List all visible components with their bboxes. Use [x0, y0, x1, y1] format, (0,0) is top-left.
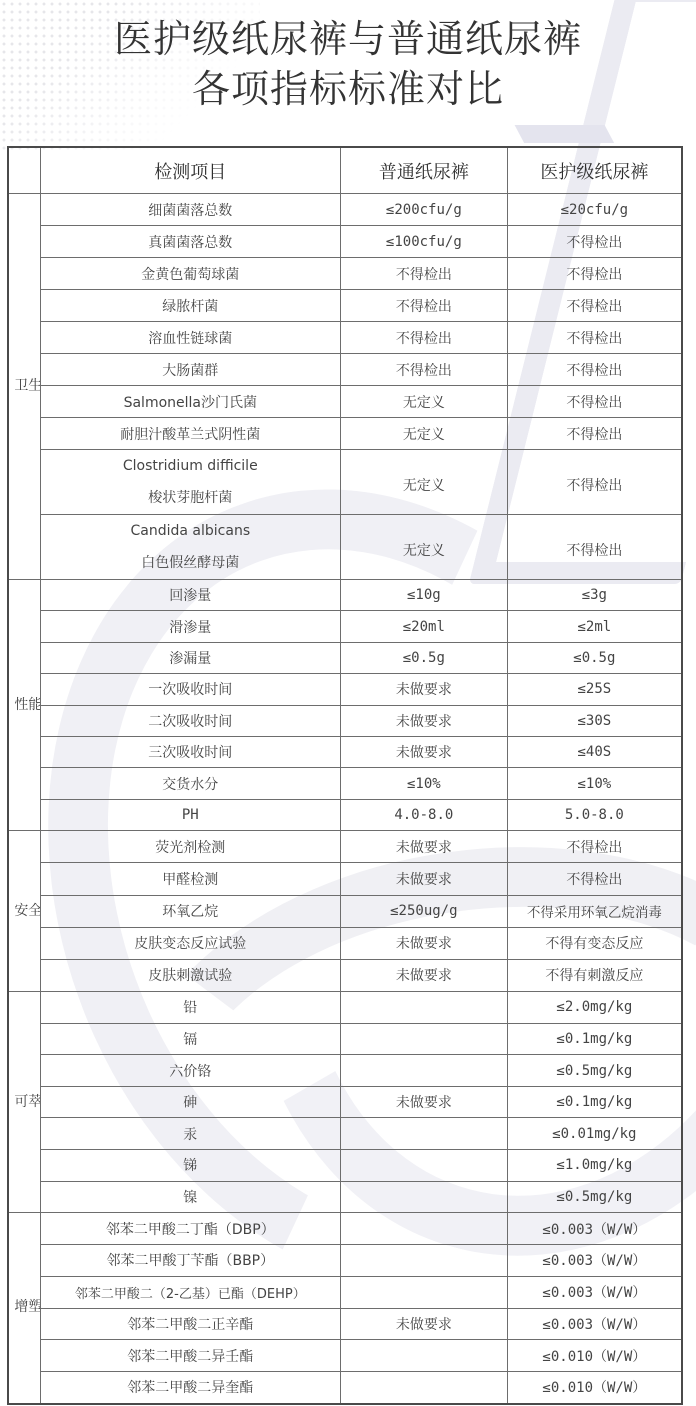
medical-value: ≤0.1mg/kg	[507, 1023, 682, 1055]
item-name-cn: 白色假丝酵母菌	[41, 547, 340, 579]
normal-value	[340, 1181, 507, 1213]
item-name-cn: 梭状芽胞杆菌	[41, 482, 340, 514]
category-heavy-metals: 可萃取重金属	[8, 992, 40, 1213]
item-cell: Candida albicans 白色假丝酵母菌	[40, 515, 340, 580]
medical-value: 不得有刺激反应	[507, 959, 682, 991]
item-cell: 皮肤变态反应试验	[40, 927, 340, 959]
item-cell: 邻苯二甲酸二异奎酯	[40, 1372, 340, 1404]
medical-value: ≤0.003（W/W）	[507, 1245, 682, 1277]
normal-value: ≤250ug/g	[340, 895, 507, 927]
category-label: 可萃取重金属	[14, 1092, 34, 1113]
medical-value: 不得检出	[507, 515, 682, 580]
item-cell: 邻苯二甲酸二异壬酯	[40, 1340, 340, 1372]
table-row: 邻苯二甲酸二正辛酯 未做要求 ≤0.003（W/W）	[8, 1308, 682, 1340]
item-cell: 渗漏量	[40, 642, 340, 673]
item-cell: 三次吸收时间	[40, 736, 340, 767]
item-cell: 邻苯二甲酸二丁酯（DBP）	[40, 1213, 340, 1245]
table-row: 滑渗量 ≤20ml ≤2ml	[8, 611, 682, 642]
medical-value: ≤20cfu/g	[507, 194, 682, 226]
table-row: 大肠菌群 不得检出 不得检出	[8, 354, 682, 386]
medical-value: ≤0.1mg/kg	[507, 1086, 682, 1118]
item-cell: 回渗量	[40, 580, 340, 611]
category-label: 增塑剂／（%	[14, 1297, 34, 1318]
table-row: 可萃取重金属 铅 ≤2.0mg/kg	[8, 992, 682, 1024]
item-cell: 大肠菌群	[40, 354, 340, 386]
table-row: 邻苯二甲酸二异壬酯 ≤0.010（W/W）	[8, 1340, 682, 1372]
item-cell: 汞	[40, 1118, 340, 1150]
item-name-en: Candida albicans	[41, 515, 340, 547]
item-name-en: Clostridium difficile	[41, 450, 340, 482]
normal-value: 未做要求	[340, 736, 507, 767]
normal-value: 不得检出	[340, 258, 507, 290]
medical-value: 不得检出	[507, 418, 682, 450]
medical-value: ≤2.0mg/kg	[507, 992, 682, 1024]
normal-value: 不得检出	[340, 290, 507, 322]
item-cell: Clostridium difficile 梭状芽胞杆菌	[40, 450, 340, 515]
medical-value: ≤0.01mg/kg	[507, 1118, 682, 1150]
medical-value: 不得检出	[507, 863, 682, 895]
medical-value: ≤0.5mg/kg	[507, 1181, 682, 1213]
normal-value	[340, 1276, 507, 1308]
header-normal-diaper: 普通纸尿裤	[340, 147, 507, 194]
table-row: 增塑剂／（% 邻苯二甲酸二丁酯（DBP） ≤0.003（W/W）	[8, 1213, 682, 1245]
table-row: 砷 未做要求 ≤0.1mg/kg	[8, 1086, 682, 1118]
table-row: 二次吸收时间 未做要求 ≤30S	[8, 705, 682, 736]
comparison-table: 检测项目 普通纸尿裤 医护级纸尿裤 卫生标准 细菌菌落总数 ≤200cfu/g …	[7, 146, 683, 1405]
normal-value: 未做要求	[340, 705, 507, 736]
title-line-2: 各项指标标准对比	[0, 64, 696, 114]
table-row: 镉 ≤0.1mg/kg	[8, 1023, 682, 1055]
item-cell: 锑	[40, 1150, 340, 1182]
medical-value: ≤0.010（W/W）	[507, 1372, 682, 1404]
normal-value	[340, 1372, 507, 1404]
normal-value	[340, 1245, 507, 1277]
medical-value: ≤3g	[507, 580, 682, 611]
category-label: 性能指标	[14, 695, 34, 716]
normal-value: 未做要求	[340, 927, 507, 959]
category-hygiene: 卫生标准	[8, 194, 40, 580]
table-row: 甲醛检测 未做要求 不得检出	[8, 863, 682, 895]
item-cell: 二次吸收时间	[40, 705, 340, 736]
medical-value: 不得采用环氧乙烷消毒	[507, 895, 682, 927]
table-row: Salmonella沙门氏菌 无定义 不得检出	[8, 386, 682, 418]
medical-value: 不得检出	[507, 386, 682, 418]
item-cell: 真菌菌落总数	[40, 226, 340, 258]
medical-value: ≤2ml	[507, 611, 682, 642]
table-row: 汞 ≤0.01mg/kg	[8, 1118, 682, 1150]
category-plasticizers: 增塑剂／（%	[8, 1213, 40, 1404]
medical-value: ≤0.003（W/W）	[507, 1308, 682, 1340]
table-row: PH 4.0-8.0 5.0-8.0	[8, 799, 682, 830]
medical-value: 不得有变态反应	[507, 927, 682, 959]
item-cell: 甲醛检测	[40, 863, 340, 895]
item-cell: 铅	[40, 992, 340, 1024]
medical-value: 不得检出	[507, 450, 682, 515]
item-cell: Salmonella沙门氏菌	[40, 386, 340, 418]
item-cell: 交货水分	[40, 768, 340, 799]
medical-value: ≤1.0mg/kg	[507, 1150, 682, 1182]
normal-value: 未做要求	[340, 1086, 507, 1118]
item-cell: 细菌菌落总数	[40, 194, 340, 226]
medical-value: 不得检出	[507, 831, 682, 863]
normal-value: ≤10%	[340, 768, 507, 799]
table-row: 环氧乙烷 ≤250ug/g 不得采用环氧乙烷消毒	[8, 895, 682, 927]
medical-value: ≤0.003（W/W）	[507, 1213, 682, 1245]
item-cell: PH	[40, 799, 340, 830]
medical-value: 不得检出	[507, 322, 682, 354]
table-row: Candida albicans 白色假丝酵母菌 无定义 不得检出	[8, 515, 682, 580]
table-row: 镍 ≤0.5mg/kg	[8, 1181, 682, 1213]
normal-value: 无定义	[340, 450, 507, 515]
medical-value: ≤10%	[507, 768, 682, 799]
item-cell: 邻苯二甲酸二（2-乙基）已酯（DEHP）	[40, 1276, 340, 1308]
normal-value	[340, 1150, 507, 1182]
header-item: 检测项目	[40, 147, 340, 194]
table-row: 皮肤刺激试验 未做要求 不得有刺激反应	[8, 959, 682, 991]
normal-value: 无定义	[340, 515, 507, 580]
item-cell: 邻苯二甲酸丁苄酯（BBP）	[40, 1245, 340, 1277]
normal-value: ≤100cfu/g	[340, 226, 507, 258]
table-row: 性能指标 回渗量 ≤10g ≤3g	[8, 580, 682, 611]
table-row: 溶血性链球菌 不得检出 不得检出	[8, 322, 682, 354]
item-cell: 环氧乙烷	[40, 895, 340, 927]
table-row: 邻苯二甲酸二（2-乙基）已酯（DEHP） ≤0.003（W/W）	[8, 1276, 682, 1308]
table-row: 真菌菌落总数 ≤100cfu/g 不得检出	[8, 226, 682, 258]
category-safety: 安全指标	[8, 831, 40, 992]
medical-value: ≤0.003（W/W）	[507, 1276, 682, 1308]
item-cell: 邻苯二甲酸二正辛酯	[40, 1308, 340, 1340]
item-cell: 镉	[40, 1023, 340, 1055]
table-row: 绿脓杆菌 不得检出 不得检出	[8, 290, 682, 322]
item-cell: 皮肤刺激试验	[40, 959, 340, 991]
table-row: 锑 ≤1.0mg/kg	[8, 1150, 682, 1182]
item-cell: 绿脓杆菌	[40, 290, 340, 322]
item-cell: 金黄色葡萄球菌	[40, 258, 340, 290]
normal-value: 未做要求	[340, 1308, 507, 1340]
header-category-cell	[8, 147, 40, 194]
normal-value	[340, 1213, 507, 1245]
normal-value: ≤200cfu/g	[340, 194, 507, 226]
table-row: 安全指标 荧光剂检测 未做要求 不得检出	[8, 831, 682, 863]
normal-value: ≤20ml	[340, 611, 507, 642]
normal-value	[340, 1340, 507, 1372]
normal-value: 4.0-8.0	[340, 799, 507, 830]
category-label: 卫生标准	[14, 376, 34, 397]
category-label: 安全指标	[14, 901, 34, 922]
table-row: 耐胆汁酸革兰式阴性菌 无定义 不得检出	[8, 418, 682, 450]
medical-value: ≤40S	[507, 736, 682, 767]
normal-value	[340, 1023, 507, 1055]
medical-value: ≤0.5mg/kg	[507, 1055, 682, 1087]
medical-value: 不得检出	[507, 354, 682, 386]
medical-value: ≤0.5g	[507, 642, 682, 673]
medical-value: ≤25S	[507, 674, 682, 705]
normal-value: 不得检出	[340, 354, 507, 386]
item-cell: 一次吸收时间	[40, 674, 340, 705]
medical-value: 不得检出	[507, 258, 682, 290]
normal-value: 无定义	[340, 418, 507, 450]
table-row: 邻苯二甲酸丁苄酯（BBP） ≤0.003（W/W）	[8, 1245, 682, 1277]
item-cell: 砷	[40, 1086, 340, 1118]
item-cell: 六价铬	[40, 1055, 340, 1087]
page-title: 医护级纸尿裤与普通纸尿裤 各项指标标准对比	[0, 14, 696, 114]
table-row: 金黄色葡萄球菌 不得检出 不得检出	[8, 258, 682, 290]
normal-value: ≤0.5g	[340, 642, 507, 673]
table-row: 渗漏量 ≤0.5g ≤0.5g	[8, 642, 682, 673]
item-cell: 滑渗量	[40, 611, 340, 642]
medical-value: ≤0.010（W/W）	[507, 1340, 682, 1372]
item-cell: 耐胆汁酸革兰式阴性菌	[40, 418, 340, 450]
table-row: 一次吸收时间 未做要求 ≤25S	[8, 674, 682, 705]
header-row: 检测项目 普通纸尿裤 医护级纸尿裤	[8, 147, 682, 194]
table-row: 三次吸收时间 未做要求 ≤40S	[8, 736, 682, 767]
normal-value: 未做要求	[340, 863, 507, 895]
medical-value: 5.0-8.0	[507, 799, 682, 830]
normal-value: 不得检出	[340, 322, 507, 354]
normal-value: 无定义	[340, 386, 507, 418]
normal-value: 未做要求	[340, 674, 507, 705]
header-medical-diaper: 医护级纸尿裤	[507, 147, 682, 194]
normal-value	[340, 992, 507, 1024]
medical-value: ≤30S	[507, 705, 682, 736]
table-row: 六价铬 ≤0.5mg/kg	[8, 1055, 682, 1087]
table-row: 皮肤变态反应试验 未做要求 不得有变态反应	[8, 927, 682, 959]
normal-value	[340, 1118, 507, 1150]
item-cell: 溶血性链球菌	[40, 322, 340, 354]
normal-value: 未做要求	[340, 831, 507, 863]
table-row: 邻苯二甲酸二异奎酯 ≤0.010（W/W）	[8, 1372, 682, 1404]
medical-value: 不得检出	[507, 226, 682, 258]
normal-value	[340, 1055, 507, 1087]
normal-value: 未做要求	[340, 959, 507, 991]
category-performance: 性能指标	[8, 580, 40, 831]
item-cell: 荧光剂检测	[40, 831, 340, 863]
table-row: 交货水分 ≤10% ≤10%	[8, 768, 682, 799]
medical-value: 不得检出	[507, 290, 682, 322]
normal-value: ≤10g	[340, 580, 507, 611]
item-cell: 镍	[40, 1181, 340, 1213]
table-row: Clostridium difficile 梭状芽胞杆菌 无定义 不得检出	[8, 450, 682, 515]
table-row: 卫生标准 细菌菌落总数 ≤200cfu/g ≤20cfu/g	[8, 194, 682, 226]
title-line-1: 医护级纸尿裤与普通纸尿裤	[0, 14, 696, 64]
